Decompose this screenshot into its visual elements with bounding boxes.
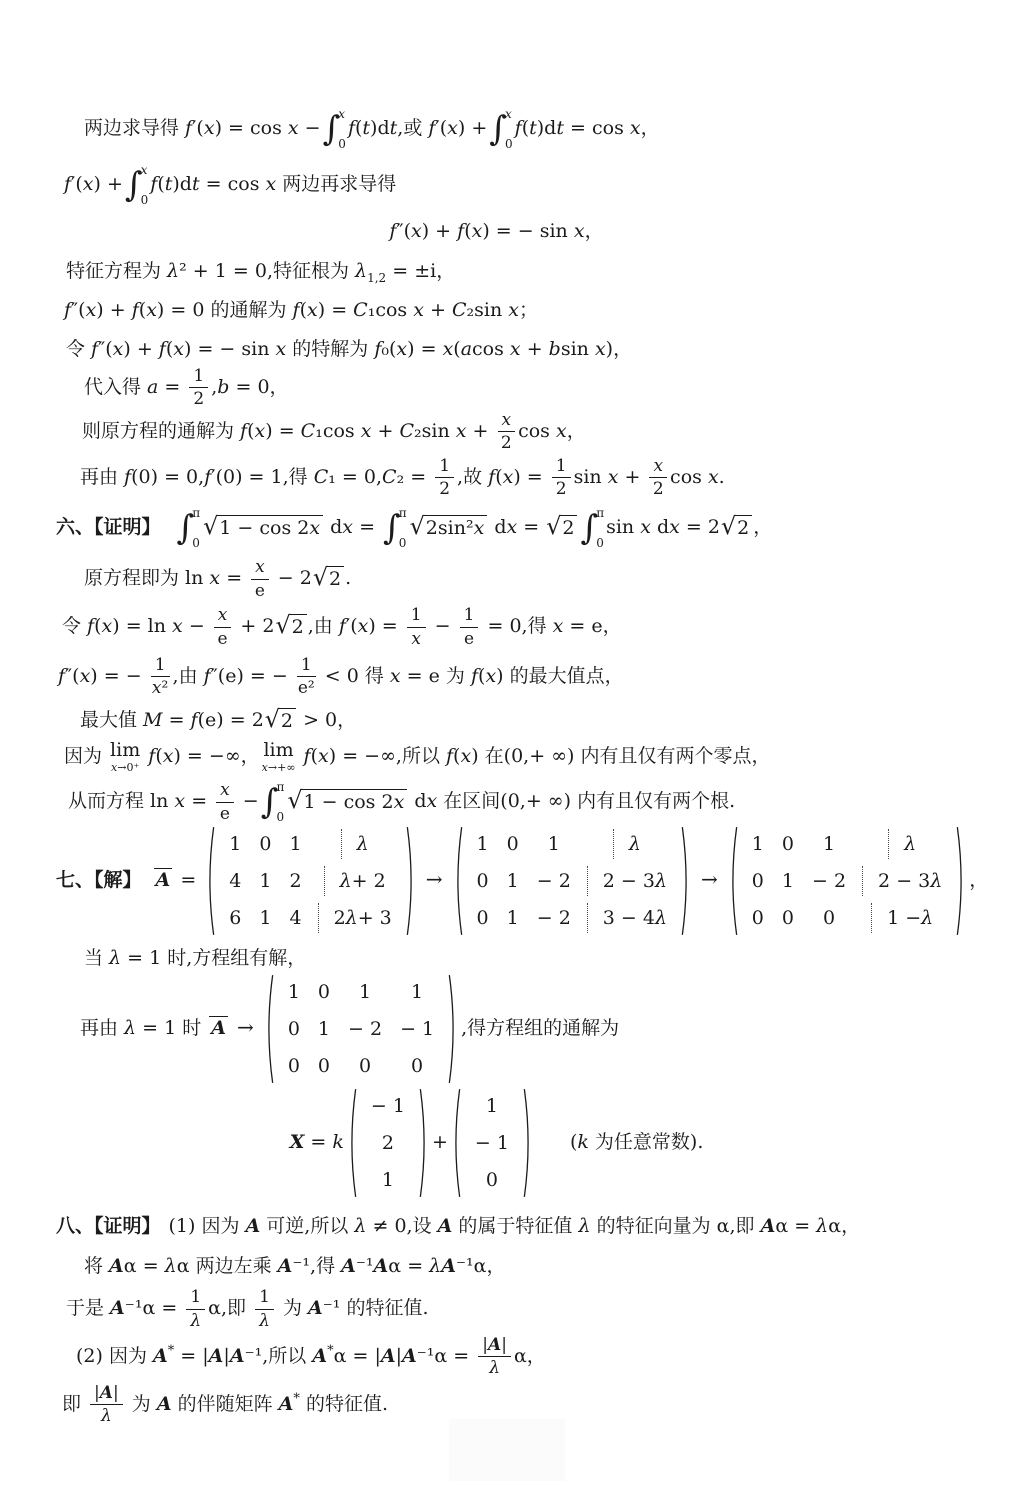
math-run: = ±i	[386, 260, 436, 282]
matrix-cell: 1 − λ	[871, 903, 942, 933]
text-run: 当	[84, 947, 109, 969]
text-line: 因为 limx→0⁺ f(x) = −∞，limx→+∞ f(x) = −∞,所…	[0, 741, 1009, 773]
math-run: dx	[408, 790, 437, 812]
math-run: λ = 1	[109, 947, 161, 969]
math-run: λ ≠ 0	[354, 1215, 406, 1237]
math-run: f(x) = C₁cos x + C₂sin x	[293, 299, 519, 321]
text-run: ，	[270, 376, 289, 398]
text-run: ，	[969, 869, 988, 891]
math-run: Aα = λα	[109, 1255, 190, 1277]
matrix: 101λ412λ + 26142λ + 3	[206, 825, 414, 937]
overline-matrix: A	[209, 1016, 228, 1039]
left-paren	[454, 826, 463, 936]
sqrt-radical: √2	[721, 515, 752, 541]
text-run: 的特征值.	[300, 1393, 388, 1415]
math-run: sin x dx = 2	[606, 516, 720, 538]
math-run: f(t)dt	[348, 117, 397, 139]
text-run: ,即	[221, 1297, 252, 1319]
text-run: 的伴随矩阵	[172, 1393, 279, 1415]
matrix-cell: 2	[373, 1128, 403, 1158]
arrow-icon: →	[694, 867, 725, 891]
document-page: 两边求导得 f′(x) = cos x −∫x0f(t)dt,或 f′(x) +…	[0, 0, 1009, 1507]
matrix-cell: 1	[814, 829, 844, 859]
math-run: dx =	[324, 516, 381, 538]
math-run: ln x =	[150, 790, 213, 812]
math-run: λ	[578, 1215, 590, 1237]
matrix-cell: − 2	[528, 903, 580, 933]
text-line: 特征方程为 λ² + 1 = 0,特征根为 λ1,2 = ±i，	[0, 256, 1009, 286]
matrix-cell: 6	[220, 903, 250, 933]
text-run: (1) 因为	[169, 1215, 246, 1237]
math-run: f(x) = C₁cos x + C₂sin x +	[240, 420, 494, 442]
matrix-cell: 4	[220, 866, 250, 896]
matrix-cell: 1	[373, 1165, 403, 1195]
fraction: 1λ	[186, 1287, 205, 1331]
text-run: 令	[66, 338, 91, 360]
text-run: ；	[519, 299, 538, 321]
left-paren	[206, 826, 215, 936]
left-paren	[265, 974, 274, 1084]
text-run: 在区间	[437, 790, 500, 812]
math-run: k	[577, 1131, 589, 1153]
text-run: 特征方程为	[66, 260, 167, 282]
text-line: 从而方程 ln x = xe −∫π0√1 − cos 2x dx 在区间(0,…	[0, 779, 1009, 825]
matrix-cell: 1	[743, 829, 773, 859]
right-paren	[523, 1088, 532, 1198]
math-run: α	[717, 1215, 730, 1237]
limit: limx→+∞	[262, 741, 296, 773]
math-run: > 0	[297, 709, 337, 731]
matrix-cell: 3 − 4λ	[587, 903, 676, 933]
text-line: f″(x) + f(x) = 0 的通解为 f(x) = C₁cos x + C…	[0, 295, 1009, 325]
text-run: 七、【解】	[56, 869, 142, 891]
math-run: +	[432, 1131, 448, 1153]
fraction: 12	[189, 366, 208, 410]
sqrt-radical: √2	[546, 515, 577, 541]
matrix-cell: 1	[468, 829, 498, 859]
math-run: = |A|A⁻¹	[174, 1345, 262, 1367]
fraction: 12	[552, 456, 571, 500]
text-run: ，	[641, 117, 660, 139]
math-run: f′(x) = cos x −	[185, 117, 321, 139]
fraction: x2	[498, 410, 516, 454]
text-run: ，	[486, 1255, 505, 1277]
math-run: f(x)	[446, 745, 479, 767]
math-run: a =	[147, 376, 186, 398]
math-run: A⁻¹α =	[110, 1297, 183, 1319]
text-line: 代入得 a = 12,b = 0，	[0, 366, 1009, 410]
math-run: f(x)	[471, 665, 504, 687]
integral: ∫π0	[177, 505, 201, 551]
text-run: 的特征向量为	[591, 1215, 717, 1237]
text-run: ,所以	[396, 745, 446, 767]
math-run: < 0	[319, 665, 359, 687]
matrix: − 121	[348, 1087, 428, 1199]
math-run: ,b = 0	[211, 376, 269, 398]
integral: ∫π0	[383, 505, 407, 551]
text-run: 的最大值点，	[504, 665, 624, 687]
text-run: 时	[176, 1017, 207, 1039]
arrow-icon: →	[419, 867, 450, 891]
math-run: α	[208, 1297, 221, 1319]
fraction: xe	[251, 557, 269, 601]
text-run: 在	[479, 745, 504, 767]
sqrt-radical: √2	[313, 566, 344, 592]
math-run: A	[312, 1345, 327, 1367]
right-paren	[681, 826, 690, 936]
sqrt-radical: √2	[275, 614, 306, 640]
sqrt-radical: √1 − cos 2x	[203, 515, 323, 541]
text-run: 六、【证明】	[56, 516, 161, 538]
matrix-cell: 1	[477, 1091, 507, 1121]
matrix-cell: 1	[498, 866, 528, 896]
text-run: 两边左乘	[190, 1255, 278, 1277]
text-run: 即	[62, 1393, 87, 1415]
arrow-icon: →	[230, 1015, 261, 1039]
matrix-cell: 1	[773, 866, 803, 896]
math-run: f(x) = ln x −	[87, 615, 211, 637]
text-run: ，	[436, 260, 455, 282]
text-run: 于是	[66, 1297, 110, 1319]
math-run: A	[153, 1345, 168, 1367]
matrix-cell: 0	[814, 903, 844, 933]
math-run: f(x) =	[488, 465, 549, 487]
text-line: f″(x) = − 1x²,由 f″(e) = − 1e² < 0 得 x = …	[0, 655, 1009, 699]
math-run: f″(x) = −	[58, 665, 148, 687]
text-run: ，	[337, 709, 356, 731]
text-run: ，	[585, 220, 604, 242]
math-run: A⁻¹Aα = λA⁻¹α	[341, 1255, 486, 1277]
math-run: A⁻¹	[308, 1297, 340, 1319]
text-run: ,由	[308, 615, 339, 637]
text-line: X = k− 121+1− 10(k 为任意常数).	[0, 1087, 1009, 1199]
right-paren	[406, 826, 415, 936]
fraction: 12	[435, 456, 454, 500]
right-paren	[956, 826, 965, 936]
matrix-cell: 2 − 3λ	[587, 866, 676, 896]
text-run: 再由	[80, 465, 124, 487]
text-run: 两边再求导得	[276, 173, 396, 195]
math-run: X = k	[290, 1131, 344, 1153]
subscript: 1,2	[367, 271, 386, 285]
sqrt-radical: √1 − cos 2x	[287, 789, 407, 815]
matrix-cell: 0	[250, 829, 280, 859]
math-run: α = |A|A⁻¹α =	[334, 1345, 476, 1367]
fraction: |A|λ	[90, 1383, 123, 1427]
text-run: ,故	[457, 465, 488, 487]
math-run: A	[279, 1393, 294, 1415]
matrix-cell: 2	[280, 866, 310, 896]
text-run: .	[345, 567, 351, 589]
math-run: f(0) = 0,f′(0) = 1	[124, 465, 283, 487]
math-run: sin x +	[574, 465, 647, 487]
text-run: 的特征值.	[340, 1297, 428, 1319]
matrix-cell: − 2	[803, 866, 855, 896]
text-line: 令 f(x) = ln x − xe + 2√2,由 f′(x) = 1x − …	[0, 605, 1009, 649]
math-run: (0,+ ∞)	[504, 745, 575, 767]
matrix-cell: 0	[279, 1051, 309, 1081]
text-run: 为	[277, 1297, 308, 1319]
text-run: ,即	[729, 1215, 760, 1237]
matrix-cell: 1	[498, 903, 528, 933]
math-run: M = f(e) = 2	[143, 709, 264, 731]
text-run: ，	[527, 1345, 546, 1367]
overline-matrix: A	[154, 868, 173, 891]
matrix-cell: 1	[250, 866, 280, 896]
math-run: λ	[355, 260, 367, 282]
matrix: 101101− 2− 10000	[265, 973, 457, 1085]
text-line: 两边求导得 f′(x) = cos x −∫x0f(t)dt,或 f′(x) +…	[0, 106, 1009, 152]
matrix-cell: λ	[341, 829, 378, 859]
text-run: 内有且仅有两个根.	[571, 790, 735, 812]
text-run: 将	[84, 1255, 109, 1277]
text-line: 则原方程的通解为 f(x) = C₁cos x + C₂sin x + x2co…	[0, 410, 1009, 454]
math-run: C₁ = 0,C₂ =	[314, 465, 433, 487]
matrix-cell: 1	[220, 829, 250, 859]
fraction: |A|λ	[478, 1335, 511, 1379]
matrix-cell: − 2	[339, 1014, 391, 1044]
text-run: 为	[440, 665, 471, 687]
matrix-cell: 1	[280, 829, 310, 859]
text-run: 内有且仅有两个零点，	[574, 745, 770, 767]
text-run: ,得	[310, 1255, 341, 1277]
solution-text: 两边求导得 f′(x) = cos x −∫x0f(t)dt,或 f′(x) +…	[0, 0, 1009, 1427]
math-run: − 2	[272, 567, 312, 589]
math-run: f′(x) +	[64, 173, 123, 195]
math-run: f″(e) = −	[204, 665, 294, 687]
matrix-cell: 4	[280, 903, 310, 933]
text-run: ，	[567, 420, 586, 442]
text-run: ，	[613, 338, 632, 360]
text-line: 原方程即为 ln x = xe − 2√2.	[0, 557, 1009, 601]
math-run: A	[157, 1393, 172, 1415]
text-run: 时,方程组有解，	[161, 947, 306, 969]
matrix-cell: 1	[539, 829, 569, 859]
matrix-cell: 0	[773, 903, 803, 933]
matrix: 1− 10	[452, 1087, 532, 1199]
math-run: λ = 1	[124, 1017, 176, 1039]
integral: ∫x0	[489, 106, 512, 152]
scan-artifact	[449, 1419, 565, 1481]
text-run: ，	[841, 1215, 860, 1237]
math-run: ln x =	[185, 567, 248, 589]
matrix-cell: 0	[743, 866, 773, 896]
text-run: 的属于特征值	[452, 1215, 578, 1237]
math-run: = 0	[481, 615, 521, 637]
math-run: Aα = λα	[761, 1215, 842, 1237]
matrix-cell: 0	[350, 1051, 380, 1081]
matrix-cell: 1	[309, 1014, 339, 1044]
text-run: 可逆,所以	[260, 1215, 354, 1237]
fraction: 1e²	[297, 655, 316, 699]
text-run: ,得方程组的通解为	[461, 1017, 619, 1039]
text-run: (2) 因为	[76, 1345, 153, 1367]
math-run: f(t)dt = cos x	[150, 173, 276, 195]
text-run: 为	[126, 1393, 157, 1415]
math-run: f(x) = −∞	[297, 745, 395, 767]
left-paren	[452, 1088, 461, 1198]
text-line: f′(x) +∫x0f(t)dt = cos x 两边再求导得	[0, 162, 1009, 208]
math-run: f′(x) =	[339, 615, 404, 637]
math-run: x = e	[553, 615, 603, 637]
math-run: −	[237, 790, 259, 812]
matrix-cell: 0	[468, 903, 498, 933]
matrix-cell: 1	[350, 977, 380, 1007]
text-run: 得	[359, 665, 390, 687]
math-run: f(t)dt = cos x	[515, 117, 641, 139]
math-run: A	[438, 1215, 453, 1237]
matrix-cell: 0	[309, 977, 339, 1007]
matrix-cell: λ	[888, 829, 925, 859]
text-run: ,由	[173, 665, 204, 687]
limit: limx→0⁺	[110, 741, 140, 773]
matrix-cell: 1	[402, 977, 432, 1007]
matrix-cell: 0	[279, 1014, 309, 1044]
matrix-cell: λ + 2	[324, 866, 395, 896]
text-line: 令 f″(x) + f(x) = − sin x 的特解为 f₀(x) = x(…	[0, 334, 1009, 364]
math-run: + 2	[234, 615, 274, 637]
text-run: ,或	[397, 117, 428, 139]
math-run: f₀(x) = x(acos x + bsin x)	[374, 338, 613, 360]
matrix-cell: 0	[309, 1051, 339, 1081]
matrix-cell: 2 − 3λ	[862, 866, 951, 896]
text-line: 将 Aα = λα 两边左乘 A⁻¹,得 A⁻¹Aα = λA⁻¹α，	[0, 1251, 1009, 1281]
matrix-cell: 0	[468, 866, 498, 896]
matrix-cell: 0	[477, 1165, 507, 1195]
matrix-cell: − 1	[466, 1128, 518, 1158]
text-line: (2) 因为 A* = |A|A⁻¹,所以 A*α = |A|A⁻¹α = |A…	[0, 1335, 1009, 1379]
text-line: 于是 A⁻¹α = 1λα,即 1λ 为 A⁻¹ 的特征值.	[0, 1287, 1009, 1331]
text-run: 的特解为	[286, 338, 374, 360]
math-run: =	[174, 869, 202, 891]
math-run: f″(x) + f(x) = − sin x	[389, 220, 584, 242]
matrix-cell: 0	[402, 1051, 432, 1081]
text-run: 为任意常数).	[589, 1131, 704, 1153]
matrix-cell: − 1	[362, 1091, 414, 1121]
matrix-cell: − 1	[391, 1014, 443, 1044]
matrix-cell: 0	[743, 903, 773, 933]
text-run: ，	[241, 745, 260, 767]
text-run: 原方程即为	[84, 567, 185, 589]
fraction: x2	[649, 456, 667, 500]
text-run: 因为	[64, 745, 108, 767]
right-paren	[448, 974, 457, 1084]
text-run: ,所以	[262, 1345, 312, 1367]
matrix-cell: 0	[498, 829, 528, 859]
math-run: x = e	[390, 665, 440, 687]
text-line: 六、【证明】∫π0√1 − cos 2x dx = ∫π0√2sin²x dx …	[0, 505, 1009, 551]
text-line: 再由 f(0) = 0,f′(0) = 1,得 C₁ = 0,C₂ = 12,故…	[0, 456, 1009, 500]
text-line: f″(x) + f(x) = − sin x，	[0, 216, 1009, 246]
math-run: A⁻¹	[278, 1255, 310, 1277]
fraction: 1x²	[151, 655, 170, 699]
math-run: cos x	[518, 420, 567, 442]
matrix-cell: 1	[279, 977, 309, 1007]
math-run: dx =	[488, 516, 545, 538]
text-run: ，	[753, 516, 772, 538]
integral: ∫x0	[125, 162, 148, 208]
fraction: 1λ	[255, 1287, 274, 1331]
math-run: f″(x) + f(x) = 0	[64, 299, 204, 321]
text-run: 令	[62, 615, 87, 637]
matrix-cell: − 2	[528, 866, 580, 896]
math-run: cos x	[670, 465, 719, 487]
left-paren	[348, 1088, 357, 1198]
matrix: 101λ01− 22 − 3λ0001 − λ	[729, 825, 966, 937]
math-run: −	[429, 615, 457, 637]
text-run: .	[719, 465, 725, 487]
text-run: ,得	[283, 465, 314, 487]
text-run: 的通解为	[204, 299, 292, 321]
text-run: 最大值	[80, 709, 143, 731]
text-run: 从而方程	[68, 790, 150, 812]
text-line: 当 λ = 1 时,方程组有解，	[0, 943, 1009, 973]
matrix-cell: 0	[773, 829, 803, 859]
math-run: (0,+ ∞)	[500, 790, 571, 812]
math-run: A	[246, 1215, 261, 1237]
matrix-cell: 1	[250, 903, 280, 933]
fraction: xe	[214, 605, 232, 649]
integral: ∫π0	[261, 779, 285, 825]
text-line: 最大值 M = f(e) = 2√2 > 0，	[0, 705, 1009, 735]
math-run: α	[514, 1345, 527, 1367]
integral: ∫x0	[323, 106, 346, 152]
text-line: 七、【解】A = 101λ412λ + 26142λ + 3→101λ01− 2…	[0, 825, 1009, 937]
sqrt-radical: √2sin²x	[410, 515, 488, 541]
text-run: 两边求导得	[84, 117, 185, 139]
fraction: xe	[216, 780, 234, 824]
math-run: λ² + 1 = 0	[167, 260, 267, 282]
sqrt-radical: √2	[265, 708, 296, 734]
text-run: ，	[603, 615, 622, 637]
text-run: 则原方程的通解为	[82, 420, 240, 442]
matrix-cell: 2λ + 3	[318, 903, 401, 933]
text-run: 八、【证明】	[56, 1215, 161, 1237]
right-paren	[419, 1088, 428, 1198]
text-run: ,设	[407, 1215, 438, 1237]
math-run: f″(x) + f(x) = − sin x	[91, 338, 286, 360]
integral: ∫π0	[580, 505, 604, 551]
text-line: 八、【证明】(1) 因为 A 可逆,所以 λ ≠ 0,设 A 的属于特征值 λ …	[0, 1211, 1009, 1241]
left-paren	[729, 826, 738, 936]
matrix: 101λ01− 22 − 3λ01− 23 − 4λ	[454, 825, 691, 937]
text-run: 再由	[80, 1017, 124, 1039]
text-run: ,得	[522, 615, 553, 637]
matrix-cell: λ	[613, 829, 650, 859]
text-run: 代入得	[84, 376, 147, 398]
math-run: f(x) = −∞	[142, 745, 240, 767]
fraction: 1e	[460, 605, 479, 649]
text-run: ,特征根为	[267, 260, 355, 282]
math-run: f′(x) +	[428, 117, 487, 139]
fraction: 1x	[407, 605, 426, 649]
text-line: 再由 λ = 1 时 A→101101− 2− 10000,得方程组的通解为	[0, 973, 1009, 1085]
